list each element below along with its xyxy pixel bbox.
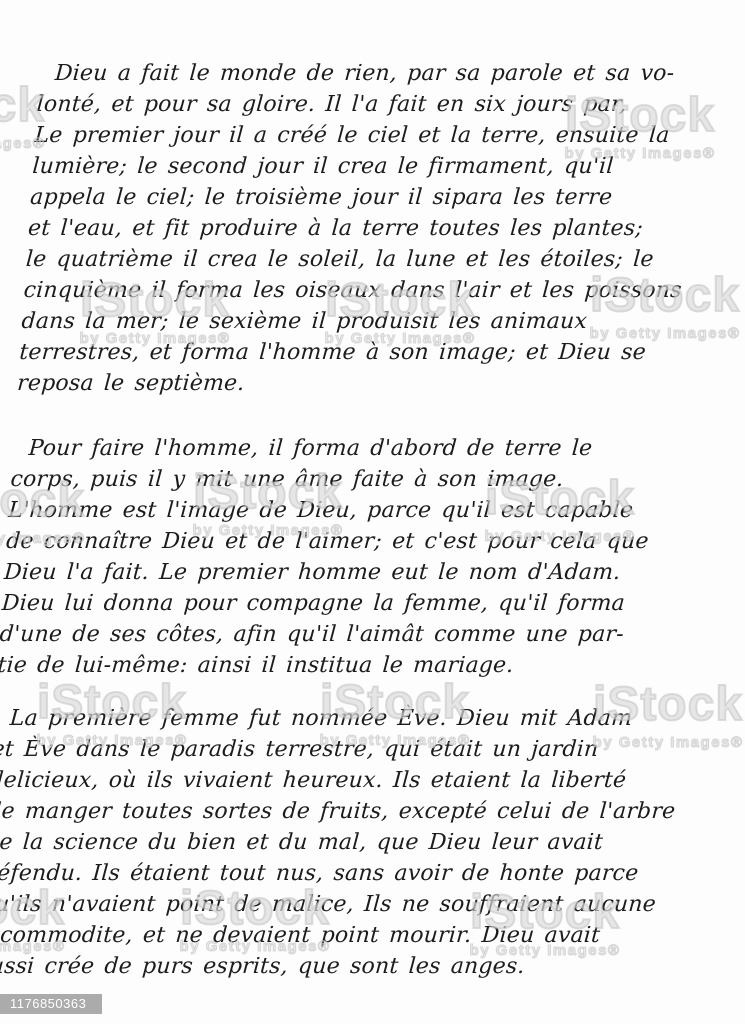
handwritten-line: lonté, et pour sa gloire. Il l'a fait en… (36, 89, 728, 120)
paragraph: Pour faire l'homme, il forma d'abord de … (0, 433, 704, 681)
handwritten-line: delicieux, où ils vivaient heureux. Ils … (0, 765, 681, 796)
handwritten-line: qu'ils n'avaient point de malice, Ils ne… (0, 889, 672, 920)
handwritten-line: corps, puis il y mit une âme faite à son… (9, 464, 701, 495)
handwritten-line: L'homme est l'image de Dieu, parce qu'il… (7, 495, 699, 526)
handwritten-line: Le premier jour il a créé le ciel et la … (33, 120, 725, 151)
handwritten-line: appela le ciel; le troisième jour il sip… (29, 182, 721, 213)
handwritten-line: d'une de ses côtes, afin qu'il l'aimât c… (0, 619, 691, 650)
handwritten-line: terrestres, et forma l'homme à son image… (18, 337, 710, 368)
handwritten-line: reposa le septième. (16, 368, 708, 399)
handwritten-line: le quatrième il crea le soleil, la lune … (25, 244, 717, 275)
handwritten-line: La première femme fut nommée Ève. Dieu m… (0, 703, 685, 734)
paragraph: La première femme fut nommée Ève. Dieu m… (0, 703, 685, 982)
handwritten-line: Dieu l'a fait. Le premier homme eut le n… (3, 557, 695, 588)
manuscript-text: Dieu a fait le monde de rien, par sa par… (0, 58, 730, 982)
handwritten-line: dans la mer; le sexième il produisit les… (20, 306, 712, 337)
handwritten-line: Dieu lui donna pour compagne la femme, q… (1, 588, 693, 619)
handwritten-line: cinquième il forma les oiseaux dans l'ai… (23, 275, 715, 306)
handwritten-line: incommodite, et ne devaient point mourir… (0, 920, 670, 951)
handwritten-line: lumière; le second jour il crea le firma… (31, 151, 723, 182)
handwritten-line: tie de lui-même: ainsi il institua le ma… (0, 650, 689, 681)
manuscript-page: Dieu a fait le monde de rien, par sa par… (0, 0, 745, 1024)
handwritten-line: défendu. Ils étaient tout nus, sans avoi… (0, 858, 674, 889)
handwritten-line: de la science du bien et du mal, que Die… (0, 827, 676, 858)
handwritten-line: et Ève dans le paradis terrestre, qui ét… (0, 734, 683, 765)
handwritten-line: de manger toutes sortes de fruits, excep… (0, 796, 678, 827)
handwritten-line: Pour faire l'homme, il forma d'abord de … (12, 433, 704, 464)
asset-id-badge: 1176850363 (0, 994, 102, 1014)
paragraph: Dieu a fait le monde de rien, par sa par… (16, 58, 730, 399)
handwritten-line: Dieu a fait le monde de rien, par sa par… (38, 58, 730, 89)
handwritten-line: de connaître Dieu et de l'aimer; et c'es… (5, 526, 697, 557)
handwritten-line: et l'eau, et fit produire à la terre tou… (27, 213, 719, 244)
handwritten-line: aussi crée de purs esprits, que sont les… (0, 951, 668, 982)
